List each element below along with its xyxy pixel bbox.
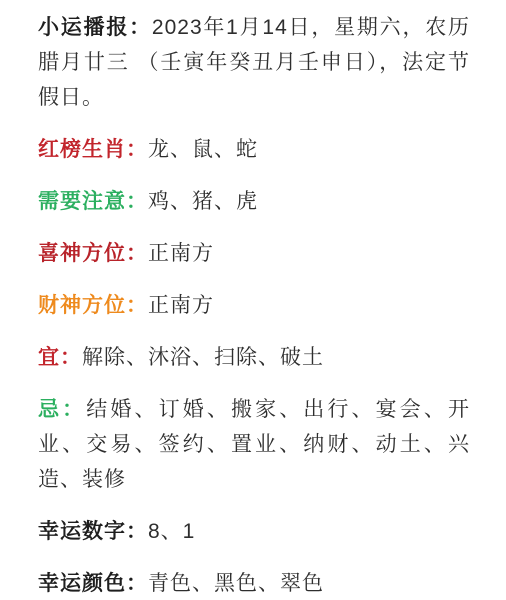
lucky-colors-value: 青色、黑色、翠色	[148, 572, 324, 595]
lucky-colors-label: 幸运颜色：	[38, 572, 148, 595]
caution-zodiac-value: 鸡、猪、虎	[148, 190, 258, 213]
lucky-numbers-row: 幸运数字：8、1	[38, 514, 470, 549]
wealth-god-direction-value: 正南方	[148, 294, 214, 317]
avoid-label: 忌：	[38, 398, 86, 421]
almanac-article: 小运播报：2023年1月14日，星期六，农历腊月廿三 （壬寅年癸丑月壬申日），法…	[0, 0, 506, 600]
lucky-numbers-value: 8、1	[148, 520, 195, 543]
joy-god-direction-value: 正南方	[148, 242, 214, 265]
wealth-god-direction-label: 财神方位：	[38, 294, 148, 317]
joy-god-direction-row: 喜神方位：正南方	[38, 236, 470, 271]
wealth-god-direction-row: 财神方位：正南方	[38, 288, 470, 323]
joy-god-direction-label: 喜神方位：	[38, 242, 148, 265]
avoid-activities-row: 忌：结婚、订婚、搬家、出行、宴会、开业、交易、签约、置业、纳财、动土、兴造、装修	[38, 392, 470, 497]
announcement-label: 小运播报：	[38, 16, 152, 39]
caution-zodiac-row: 需要注意：鸡、猪、虎	[38, 184, 470, 219]
suitable-activities-row: 宜：解除、沐浴、扫除、破土	[38, 340, 470, 375]
lucky-numbers-label: 幸运数字：	[38, 520, 148, 543]
red-list-zodiac-value: 龙、鼠、蛇	[148, 138, 258, 161]
red-list-zodiac-row: 红榜生肖：龙、鼠、蛇	[38, 132, 470, 167]
lucky-colors-row: 幸运颜色：青色、黑色、翠色	[38, 566, 470, 600]
caution-zodiac-label: 需要注意：	[38, 190, 148, 213]
suitable-label: 宜：	[38, 346, 82, 369]
suitable-value: 解除、沐浴、扫除、破土	[82, 346, 324, 369]
avoid-value: 结婚、订婚、搬家、出行、宴会、开业、交易、签约、置业、纳财、动土、兴造、装修	[38, 398, 470, 491]
fortune-announcement-row: 小运播报：2023年1月14日，星期六，农历腊月廿三 （壬寅年癸丑月壬申日），法…	[38, 10, 470, 115]
red-list-zodiac-label: 红榜生肖：	[38, 138, 148, 161]
